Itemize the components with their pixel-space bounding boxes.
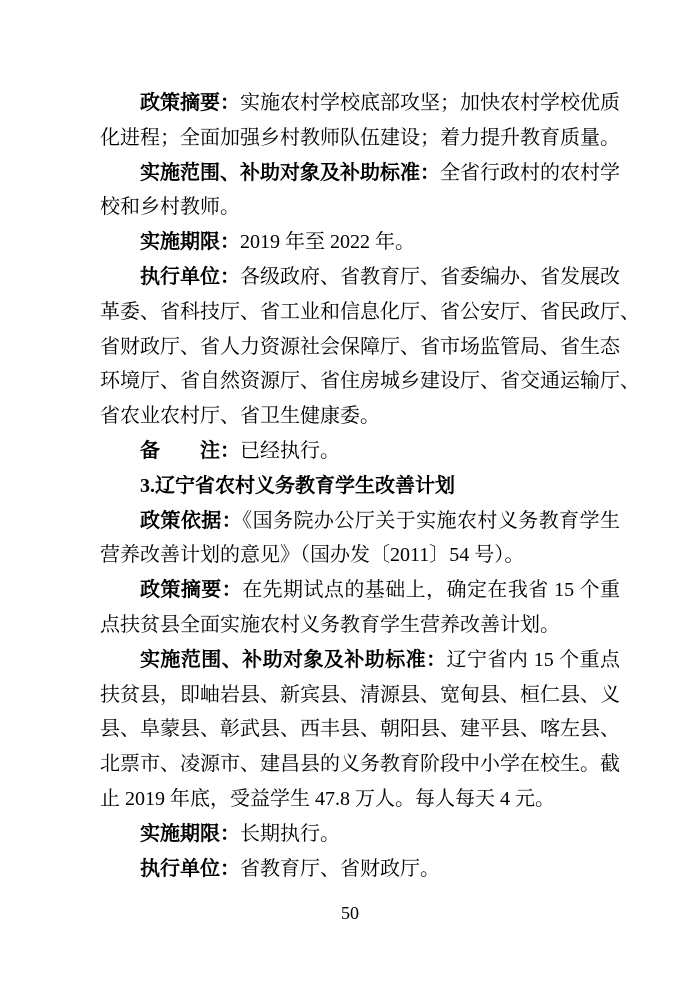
line-text: 革委、省科技厅、省工业和信息化厅、省公安厅、省民政厅、 — [100, 301, 640, 323]
field-label: 实施范围、补助对象及补助标准： — [140, 649, 447, 671]
text-line: 县、阜蒙县、彰武县、西丰县、朝阳县、建平县、喀左县、 — [100, 712, 620, 747]
line-text: 营养改善计划的意见》（国办发〔2011〕54 号）。 — [100, 544, 524, 566]
field-label: 实施范围、补助对象及补助标准： — [140, 162, 440, 184]
text-line: 点扶贫县全面实施农村义务教育学生营养改善计划。 — [100, 608, 620, 643]
text-line: 实施期限：2019 年至 2022 年。 — [100, 225, 620, 260]
text-line: 革委、省科技厅、省工业和信息化厅、省公安厅、省民政厅、 — [100, 295, 620, 330]
text-line: 北票市、凌源市、建昌县的义务教育阶段中小学在校生。截 — [100, 747, 620, 782]
line-text: 各级政府、省教育厅、省委编办、省发展改 — [240, 266, 620, 288]
field-label: 政策摘要： — [140, 579, 242, 601]
line-text: 点扶贫县全面实施农村义务教育学生营养改善计划。 — [100, 614, 560, 636]
section-heading: 3.辽宁省农村义务教育学生改善计划 — [100, 469, 620, 504]
line-text: 省财政厅、省人力资源社会保障厅、省市场监管局、省生态 — [100, 336, 620, 358]
text-line: 营养改善计划的意见》（国办发〔2011〕54 号）。 — [100, 538, 620, 573]
line-text: 止 2019 年底，受益学生 47.8 万人。每人每天 4 元。 — [100, 788, 555, 810]
text-line: 政策摘要：在先期试点的基础上，确定在我省 15 个重 — [100, 573, 620, 608]
field-label: 执行单位： — [140, 266, 240, 288]
text-line: 校和乡村教师。 — [100, 190, 620, 225]
document-body: 政策摘要：实施农村学校底部攻坚；加快农村学校优质化进程；全面加强乡村教师队伍建设… — [100, 86, 620, 886]
line-text: 《国务院办公厅关于实施农村义务教育学生 — [242, 510, 620, 532]
line-text: 全省行政村的农村学 — [440, 162, 620, 184]
heading-text: 3.辽宁省农村义务教育学生改善计划 — [140, 475, 455, 497]
line-text: 扶贫县，即岫岩县、新宾县、清源县、宽甸县、桓仁县、义 — [100, 684, 620, 706]
line-text: 省教育厅、省财政厅。 — [240, 858, 440, 880]
text-line: 实施范围、补助对象及补助标准：全省行政村的农村学 — [100, 156, 620, 191]
line-text: 省农业农村厅、省卫生健康委。 — [100, 405, 380, 427]
line-text: 2019 年至 2022 年。 — [240, 231, 415, 253]
line-text: 辽宁省内 15 个重点 — [447, 649, 620, 671]
text-line: 执行单位：各级政府、省教育厅、省委编办、省发展改 — [100, 260, 620, 295]
text-line: 政策摘要：实施农村学校底部攻坚；加快农村学校优质 — [100, 86, 620, 121]
field-label: 实施期限： — [140, 823, 240, 845]
field-label: 实施期限： — [140, 231, 240, 253]
text-line: 止 2019 年底，受益学生 47.8 万人。每人每天 4 元。 — [100, 782, 620, 817]
text-line: 政策依据：《国务院办公厅关于实施农村义务教育学生 — [100, 504, 620, 539]
field-label: 备 注： — [140, 440, 240, 462]
field-label: 执行单位： — [140, 858, 240, 880]
page-footer: 50 — [0, 901, 700, 925]
line-text: 环境厅、省自然资源厅、省住房城乡建设厅、省交通运输厅、 — [100, 370, 640, 392]
text-line: 省财政厅、省人力资源社会保障厅、省市场监管局、省生态 — [100, 330, 620, 365]
line-text: 实施农村学校底部攻坚；加快农村学校优质 — [240, 92, 620, 114]
text-line: 化进程；全面加强乡村教师队伍建设；着力提升教育质量。 — [100, 121, 620, 156]
line-text: 长期执行。 — [240, 823, 340, 845]
text-line: 实施期限：长期执行。 — [100, 817, 620, 852]
line-text: 校和乡村教师。 — [100, 196, 240, 218]
text-line: 实施范围、补助对象及补助标准：辽宁省内 15 个重点 — [100, 643, 620, 678]
text-line: 执行单位：省教育厅、省财政厅。 — [100, 852, 620, 887]
field-label: 政策摘要： — [140, 92, 240, 114]
line-text: 化进程；全面加强乡村教师队伍建设；着力提升教育质量。 — [100, 127, 620, 149]
field-label: 政策依据： — [140, 510, 242, 532]
text-line: 省农业农村厅、省卫生健康委。 — [100, 399, 620, 434]
line-text: 北票市、凌源市、建昌县的义务教育阶段中小学在校生。截 — [100, 753, 620, 775]
text-line: 环境厅、省自然资源厅、省住房城乡建设厅、省交通运输厅、 — [100, 364, 620, 399]
text-line: 备 注：已经执行。 — [100, 434, 620, 469]
line-text: 县、阜蒙县、彰武县、西丰县、朝阳县、建平县、喀左县、 — [100, 718, 620, 740]
text-line: 扶贫县，即岫岩县、新宾县、清源县、宽甸县、桓仁县、义 — [100, 678, 620, 713]
page-number: 50 — [341, 903, 359, 923]
document-page: 政策摘要：实施农村学校底部攻坚；加快农村学校优质化进程；全面加强乡村教师队伍建设… — [0, 0, 700, 990]
line-text: 在先期试点的基础上，确定在我省 15 个重 — [242, 579, 620, 601]
line-text: 已经执行。 — [240, 440, 340, 462]
